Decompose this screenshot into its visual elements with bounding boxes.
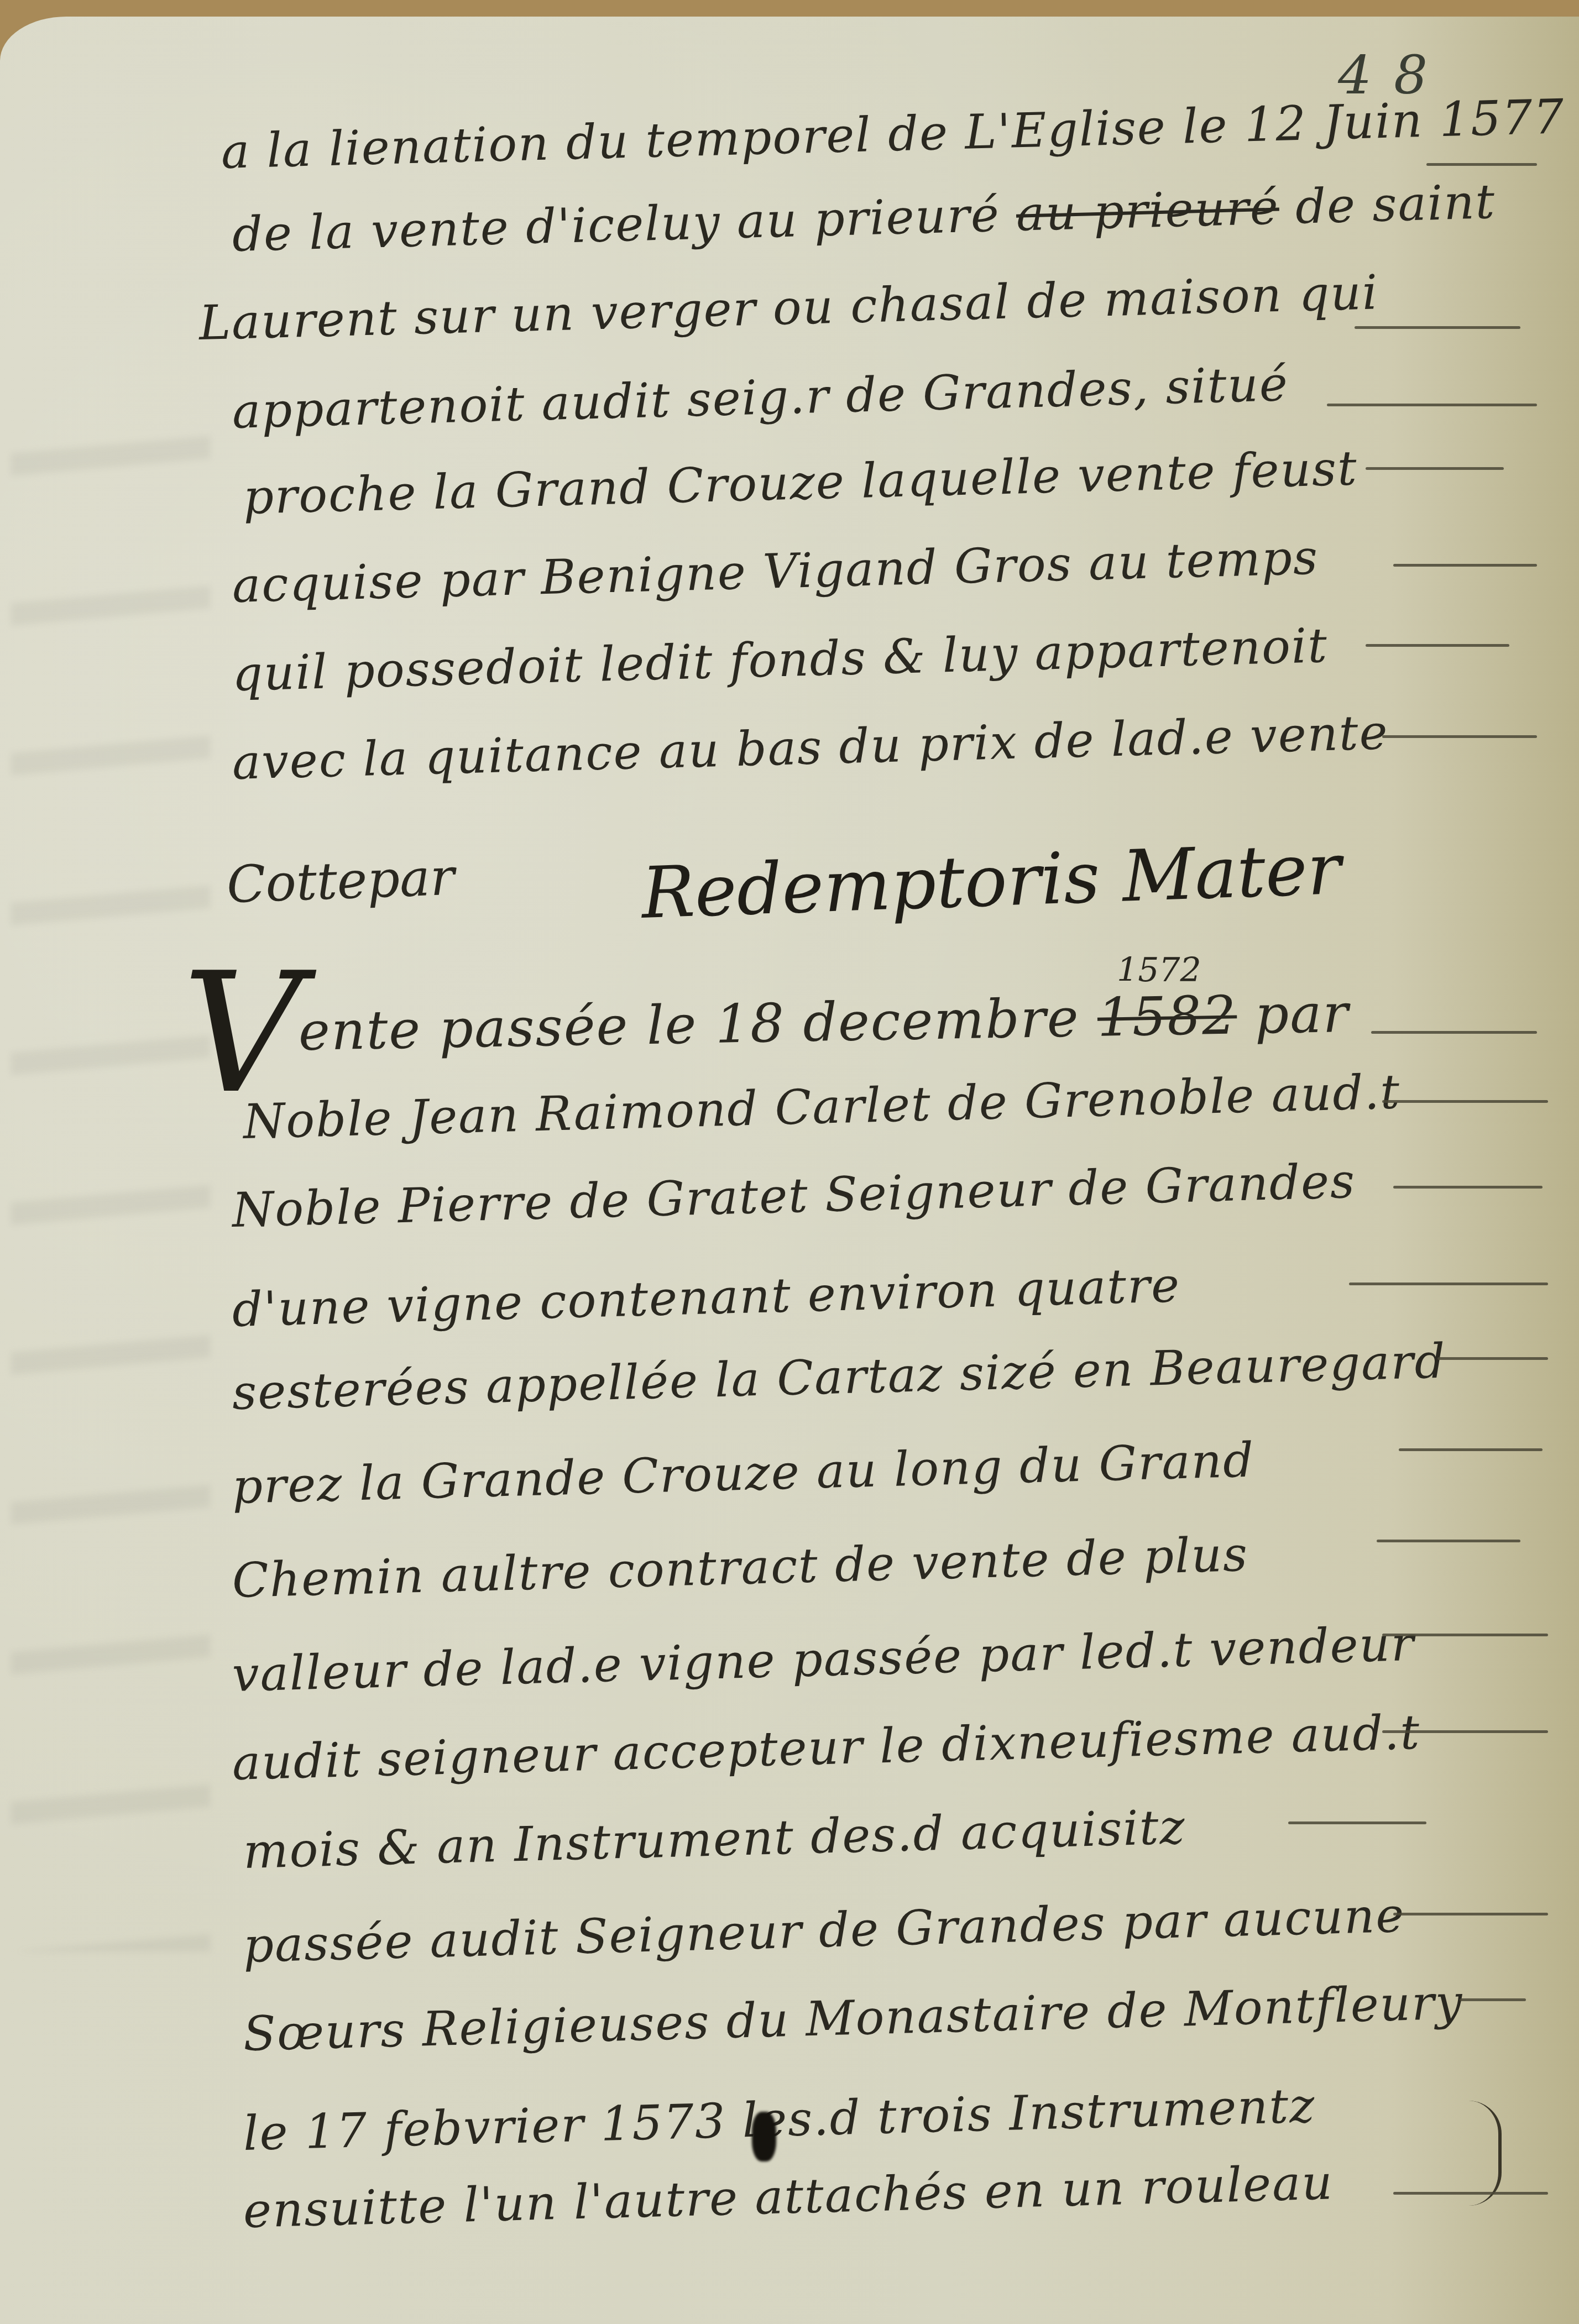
text-segment: de la vente d'iceluy au prieuré: [232, 187, 1001, 263]
manuscript-page: 48 a la lienation du temporel de L'Eglis…: [0, 17, 1579, 2324]
text-line: appartenoit audit seig.r de Grandes, sit…: [232, 357, 1289, 439]
text-line: Noble Pierre de Gratet Seigneur de Grand…: [232, 1154, 1356, 1238]
line-filler-dash: [1382, 735, 1537, 738]
line-filler-dash: [1393, 564, 1537, 567]
text-line: ente passée le 18 decembre 1582 par: [298, 982, 1350, 1062]
struck-year: 1582: [1097, 984, 1237, 1048]
text-line: proche la Grand Crouze laquelle vente fe…: [243, 441, 1358, 525]
line-filler-dash: [1382, 1730, 1548, 1733]
text-line: Laurent sur un verger ou chasal de maiso…: [198, 265, 1379, 351]
line-filler-dash: [1393, 1186, 1543, 1189]
grouping-bracket: [1460, 2101, 1502, 2206]
text-line: avec la quitance au bas du prix de lad.e…: [232, 705, 1389, 791]
text-line: quil possedoit ledit fonds & luy apparte…: [232, 618, 1329, 702]
corrected-year: 1572: [1117, 951, 1201, 990]
marginal-note: Cottepar: [226, 847, 455, 914]
text-line: mois & an Instrument des.d acquisitz: [243, 1799, 1186, 1880]
line-filler-dash: [1399, 1448, 1543, 1451]
ink-blot: [752, 2112, 776, 2161]
text-line: valleur de lad.e vigne passée par led.t …: [232, 1616, 1415, 1703]
text-line: de la vente d'iceluy au prieuré au prieu…: [232, 174, 1497, 263]
struck-text: au prieuré: [1016, 180, 1280, 242]
line-filler-dash: [1366, 644, 1509, 647]
line-filler-dash: [1382, 1100, 1548, 1103]
line-filler-dash: [1460, 1998, 1526, 2001]
line-filler-dash: [1327, 404, 1537, 406]
text-line: Noble Jean Raimond Carlet de Grenoble au…: [243, 1064, 1402, 1150]
line-filler-dash: [1349, 1283, 1548, 1285]
text-segment: ente passée le 18 decembre: [298, 987, 1080, 1062]
text-line: a la lienation du temporel de L'Eglise l…: [221, 89, 1566, 180]
text-segment: par: [1254, 982, 1350, 1046]
decorated-initial: V: [182, 951, 302, 1117]
line-filler-dash: [1371, 1031, 1537, 1034]
text-line: Chemin aultre contract de vente de plus: [232, 1527, 1249, 1609]
text-line: d'une vigne contenant environ quatre: [232, 1258, 1181, 1338]
line-filler-dash: [1366, 467, 1504, 470]
text-line: prez la Grande Crouze au long du Grand: [232, 1433, 1256, 1515]
text-line: ensuitte l'un l'autre attachés en un rou…: [243, 2155, 1334, 2239]
line-filler-dash: [1382, 1634, 1548, 1636]
text-line: audit seigneur accepteur le dixneufiesme…: [232, 1705, 1421, 1791]
text-segment: de saint: [1295, 174, 1497, 234]
text-line: Sœurs Religieuses du Monastaire de Montf…: [243, 1975, 1464, 2062]
bleed-through-text: [11, 404, 210, 1951]
line-filler-dash: [1437, 1357, 1548, 1360]
line-filler-dash: [1426, 163, 1537, 166]
text-line: le 17 febvrier 1573 les.d trois Instrume…: [243, 2078, 1316, 2161]
line-filler-dash: [1393, 1913, 1548, 1915]
line-filler-dash: [1288, 1821, 1426, 1824]
line-filler-dash: [1393, 2192, 1548, 2195]
text-line: sesterées appellée la Cartaz sizé en Bea…: [232, 1334, 1447, 1421]
text-line: passée audit Seigneur de Grandes par auc…: [243, 1888, 1406, 1974]
section-heading: Redemptoris Mater: [640, 828, 1342, 935]
line-filler-dash: [1377, 1540, 1520, 1542]
text-line: acquise par Benigne Vigand Gros au temps: [232, 530, 1320, 614]
line-filler-dash: [1355, 326, 1520, 329]
